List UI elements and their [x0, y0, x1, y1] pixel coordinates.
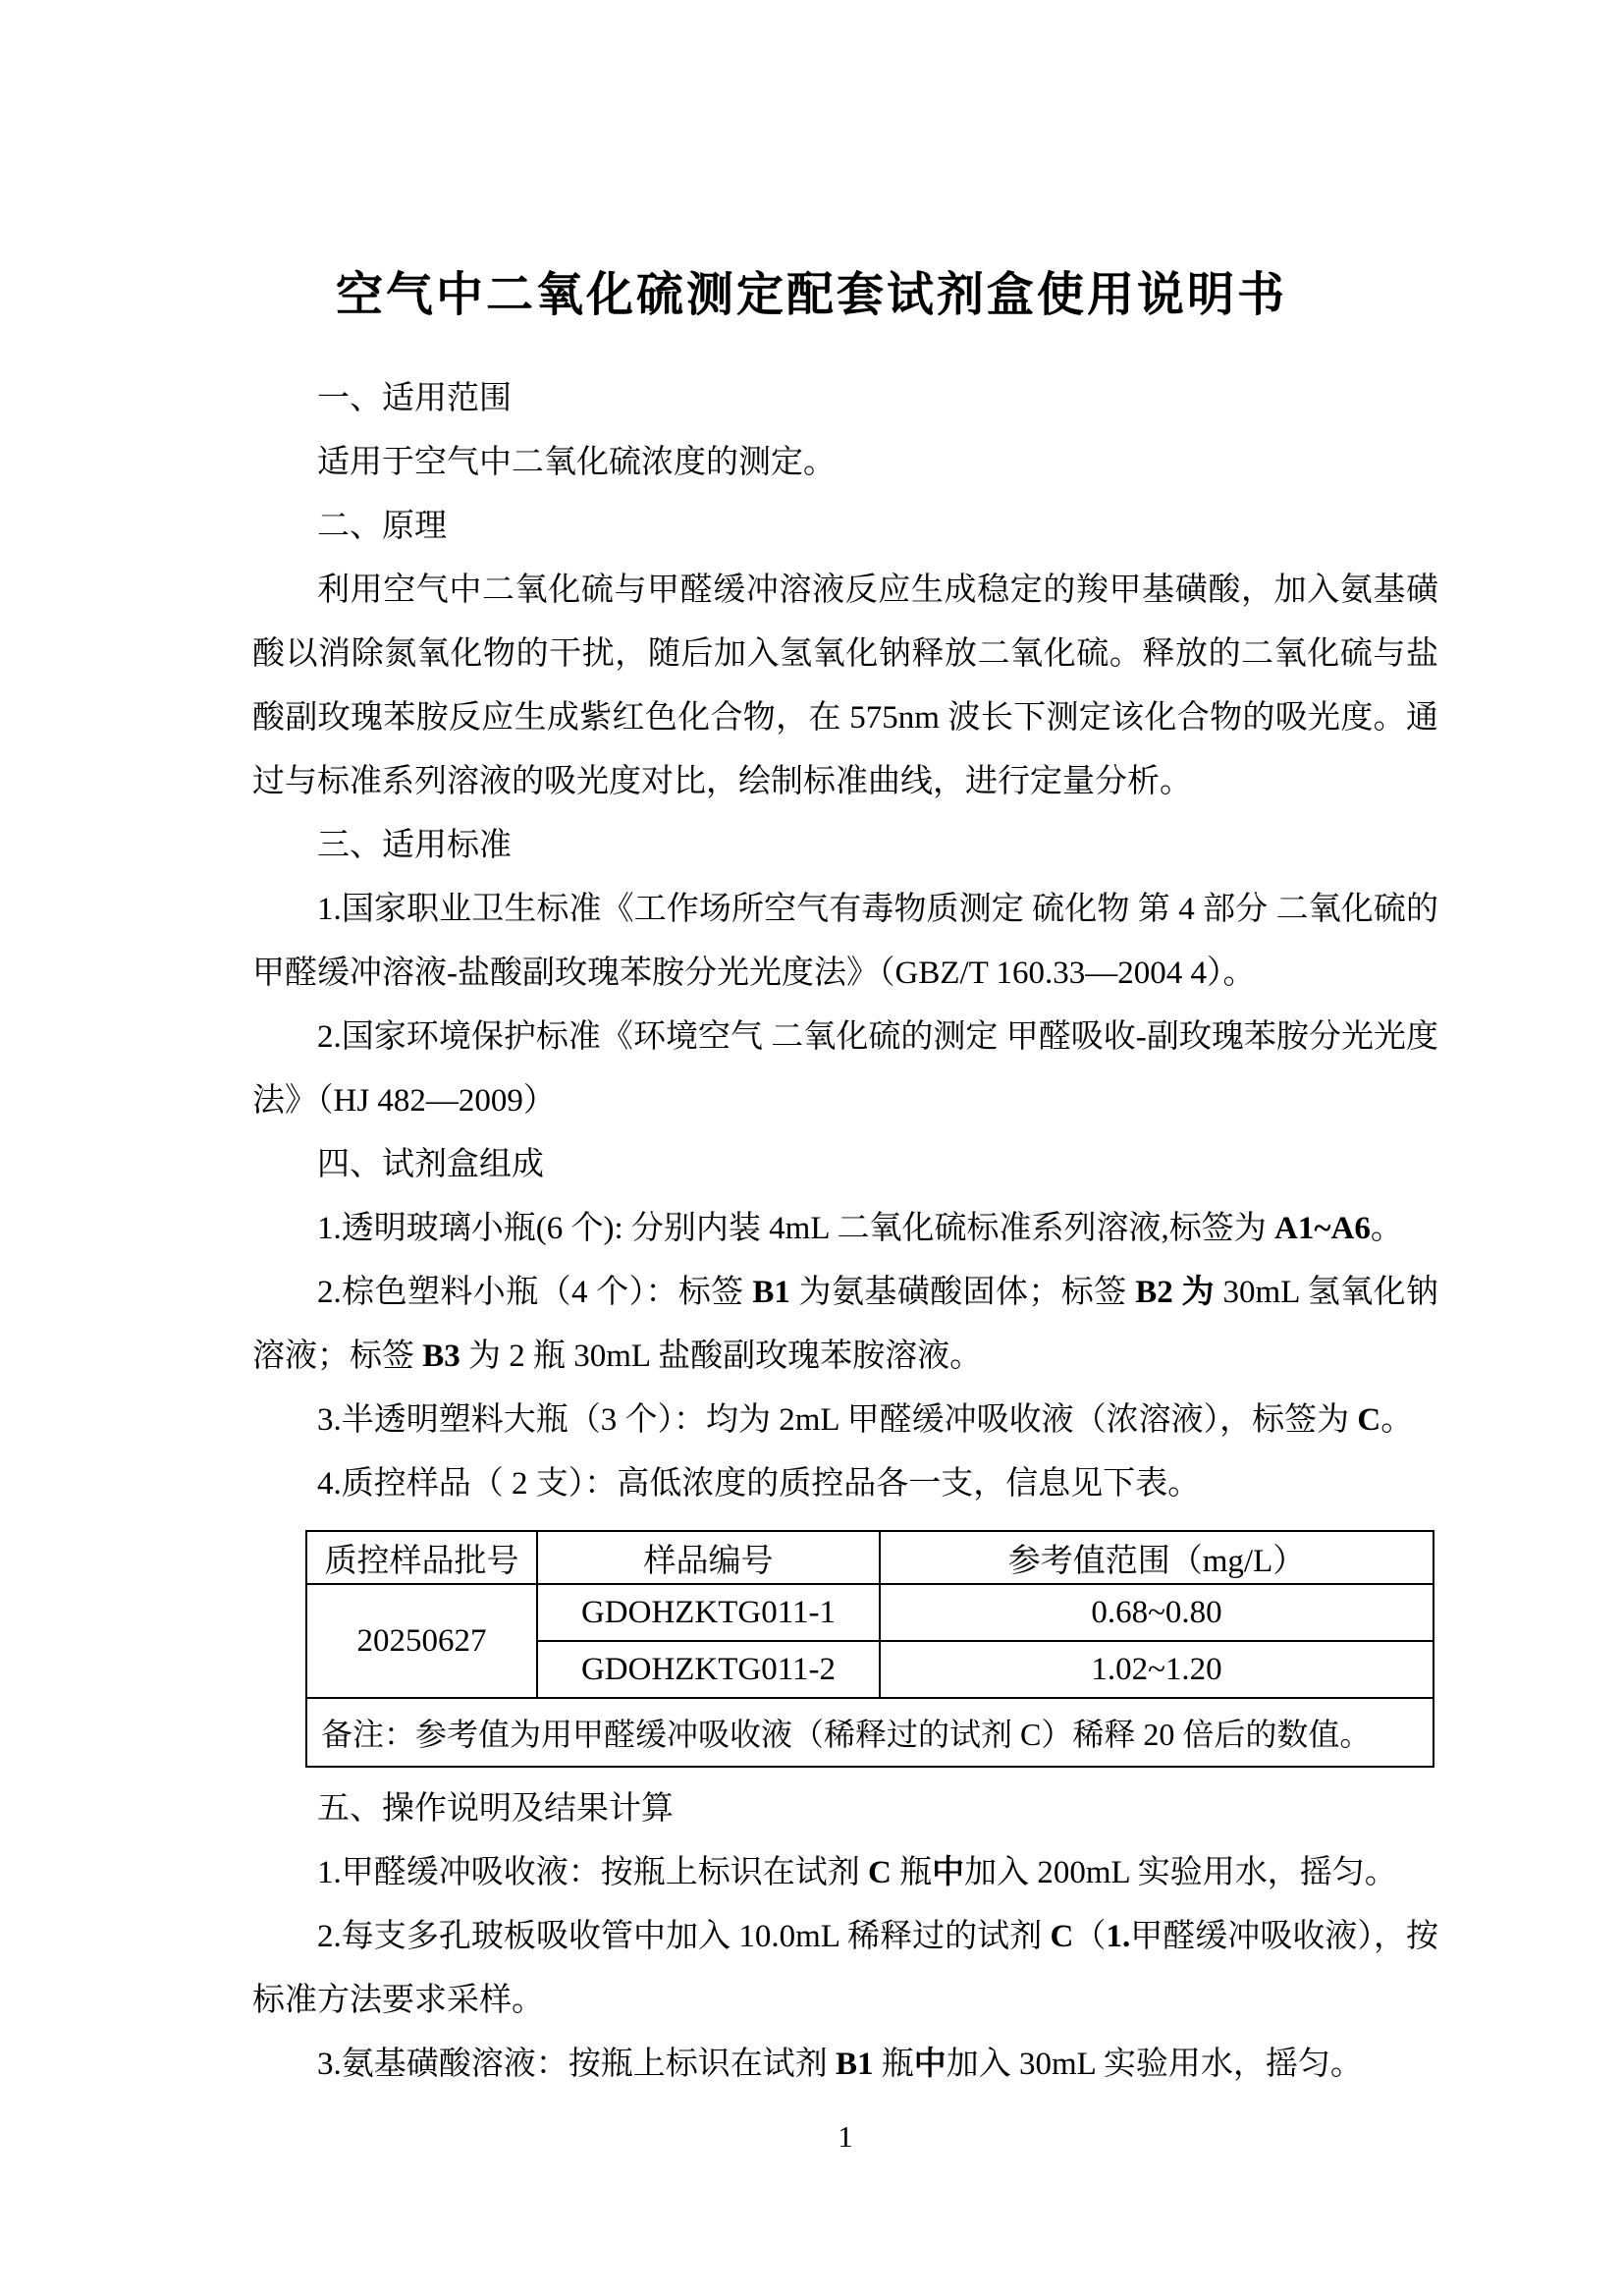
- bold-text: 中: [914, 2047, 947, 2082]
- standard-item-1: 1.国家职业卫生标准《工作场所空气有毒物质测定 硫化物 第 4 部分 二氧化硫的…: [252, 878, 1438, 1006]
- operation-step-1: 1.甲醛缓冲吸收液：按瓶上标识在试剂 C 瓶中加入 200mL 实验用水，摇匀。: [252, 1841, 1438, 1905]
- text-segment: 五、操作说明及结果计算: [317, 1791, 674, 1827]
- page-number: 1: [252, 2119, 1438, 2155]
- operation-step-3: 3.氨基磺酸溶液：按瓶上标识在试剂 B1 瓶中加入 30mL 实验用水，摇匀。: [252, 2033, 1438, 2097]
- sample-id-cell: GDOHZKTG011-1: [537, 1584, 880, 1641]
- bold-text: C: [1051, 1919, 1074, 1954]
- text-segment: 瓶: [892, 1855, 932, 1890]
- qc-sample-table: 质控样品批号 样品编号 参考值范围（mg/L） 20250627 GDOHZKT…: [305, 1530, 1434, 1768]
- document-page: 空气中二氧化硫测定配套试剂盒使用说明书 一、适用范围适用于空气中二氧化硫浓度的测…: [0, 0, 1623, 2296]
- kit-item-1: 1.透明玻璃小瓶(6 个): 分别内装 4mL 二氧化硫标准系列溶液,标签为 A…: [252, 1197, 1438, 1261]
- document-body: 一、适用范围适用于空气中二氧化硫浓度的测定。二、原理利用空气中二氧化硫与甲醛缓冲…: [252, 367, 1438, 2097]
- bold-text: A1~A6: [1274, 1211, 1371, 1246]
- table-header-row: 质控样品批号 样品编号 参考值范围（mg/L）: [306, 1531, 1434, 1584]
- text-segment: 2.国家环境保护标准《环境空气 二氧化硫的测定 甲醛吸收-副玫瑰苯胺分光光度法》…: [252, 1019, 1438, 1119]
- text-segment: 2.棕色塑料小瓶（4 个）：标签: [317, 1275, 752, 1310]
- bold-text: 1.: [1106, 1919, 1130, 1954]
- table-row: 20250627 GDOHZKTG011-1 0.68~0.80: [306, 1584, 1434, 1641]
- batch-no-cell: 20250627: [306, 1584, 537, 1698]
- text-segment: 为 2 瓶 30mL 盐酸副玫瑰苯胺溶液。: [460, 1339, 982, 1374]
- bold-text: B2 为: [1135, 1275, 1215, 1310]
- table-header-reference-range: 参考值范围（mg/L）: [880, 1531, 1434, 1584]
- text-segment: 三、适用标准: [317, 828, 512, 863]
- kit-item-3: 3.半透明塑料大瓶（3 个）：均为 2mL 甲醛缓冲吸收液（浓溶液），标签为 C…: [252, 1389, 1438, 1452]
- text-segment: 为氨基磺酸固体；标签: [790, 1275, 1135, 1310]
- text-segment: 瓶: [874, 2047, 914, 2082]
- text-segment: 4.质控样品（ 2 支）：高低浓度的质控品各一支，信息见下表。: [317, 1466, 1200, 1502]
- sample-id-cell: GDOHZKTG011-2: [537, 1641, 880, 1698]
- text-segment: 1.透明玻璃小瓶(6 个): 分别内装 4mL 二氧化硫标准系列溶液,标签为: [317, 1211, 1274, 1246]
- operation-step-2: 2.每支多孔玻板吸收管中加入 10.0mL 稀释过的试剂 C（1.甲醛缓冲吸收液…: [252, 1905, 1438, 2033]
- standard-item-2: 2.国家环境保护标准《环境空气 二氧化硫的测定 甲醛吸收-副玫瑰苯胺分光光度法》…: [252, 1006, 1438, 1133]
- kit-item-2: 2.棕色塑料小瓶（4 个）：标签 B1 为氨基磺酸固体；标签 B2 为 30mL…: [252, 1261, 1438, 1389]
- table-header-sample-id: 样品编号: [537, 1531, 880, 1584]
- text-segment: （: [1073, 1919, 1106, 1954]
- text-segment: 。: [1380, 1402, 1413, 1438]
- section-3-heading: 三、适用标准: [252, 814, 1438, 878]
- section-2-heading: 二、原理: [252, 495, 1438, 559]
- text-segment: 1.甲醛缓冲吸收液：按瓶上标识在试剂: [317, 1855, 868, 1890]
- section-5-heading: 五、操作说明及结果计算: [252, 1777, 1438, 1841]
- body-text-lower: 五、操作说明及结果计算1.甲醛缓冲吸收液：按瓶上标识在试剂 C 瓶中加入 200…: [252, 1777, 1438, 2097]
- document-title: 空气中二氧化硫测定配套试剂盒使用说明书: [0, 0, 1623, 326]
- bold-text: B1: [836, 2047, 874, 2082]
- body-text-upper: 一、适用范围适用于空气中二氧化硫浓度的测定。二、原理利用空气中二氧化硫与甲醛缓冲…: [252, 367, 1438, 1516]
- text-segment: 2.每支多孔玻板吸收管中加入 10.0mL 稀释过的试剂: [317, 1919, 1051, 1954]
- text-segment: 一、适用范围: [317, 381, 512, 416]
- text-segment: 适用于空气中二氧化硫浓度的测定。: [317, 445, 836, 480]
- text-segment: 四、试剂盒组成: [317, 1147, 544, 1182]
- table-header-batch-no: 质控样品批号: [306, 1531, 537, 1584]
- section-4-heading: 四、试剂盒组成: [252, 1133, 1438, 1197]
- text-segment: 加入 30mL 实验用水，摇匀。: [947, 2047, 1363, 2082]
- text-segment: 1.国家职业卫生标准《工作场所空气有毒物质测定 硫化物 第 4 部分 二氧化硫的…: [252, 892, 1438, 991]
- principle-text: 利用空气中二氧化硫与甲醛缓冲溶液反应生成稳定的羧甲基磺酸，加入氨基磺酸以消除氮氧…: [252, 559, 1438, 814]
- text-segment: 3.半透明塑料大瓶（3 个）：均为 2mL 甲醛缓冲吸收液（浓溶液），标签为: [317, 1402, 1357, 1438]
- kit-item-4: 4.质控样品（ 2 支）：高低浓度的质控品各一支，信息见下表。: [252, 1452, 1438, 1516]
- scope-text: 适用于空气中二氧化硫浓度的测定。: [252, 431, 1438, 495]
- text-segment: 利用空气中二氧化硫与甲醛缓冲溶液反应生成稳定的羧甲基磺酸，加入氨基磺酸以消除氮氧…: [252, 573, 1438, 799]
- text-segment: 。: [1371, 1211, 1403, 1246]
- table-note-row: 备注：参考值为用甲醛缓冲吸收液（稀释过的试剂 C）稀释 20 倍后的数值。: [306, 1698, 1434, 1767]
- text-segment: 二、原理: [317, 509, 447, 544]
- text-segment: 3.氨基磺酸溶液：按瓶上标识在试剂: [317, 2047, 836, 2082]
- bold-text: B3: [422, 1339, 460, 1374]
- table-note: 备注：参考值为用甲醛缓冲吸收液（稀释过的试剂 C）稀释 20 倍后的数值。: [306, 1698, 1434, 1767]
- bold-text: 中: [932, 1855, 964, 1890]
- bold-text: C: [868, 1855, 892, 1890]
- section-1-heading: 一、适用范围: [252, 367, 1438, 431]
- bold-text: B1: [752, 1275, 790, 1310]
- bold-text: C: [1357, 1402, 1380, 1438]
- reference-range-cell: 0.68~0.80: [880, 1584, 1434, 1641]
- text-segment: 加入 200mL 实验用水，摇匀。: [964, 1855, 1397, 1890]
- reference-range-cell: 1.02~1.20: [880, 1641, 1434, 1698]
